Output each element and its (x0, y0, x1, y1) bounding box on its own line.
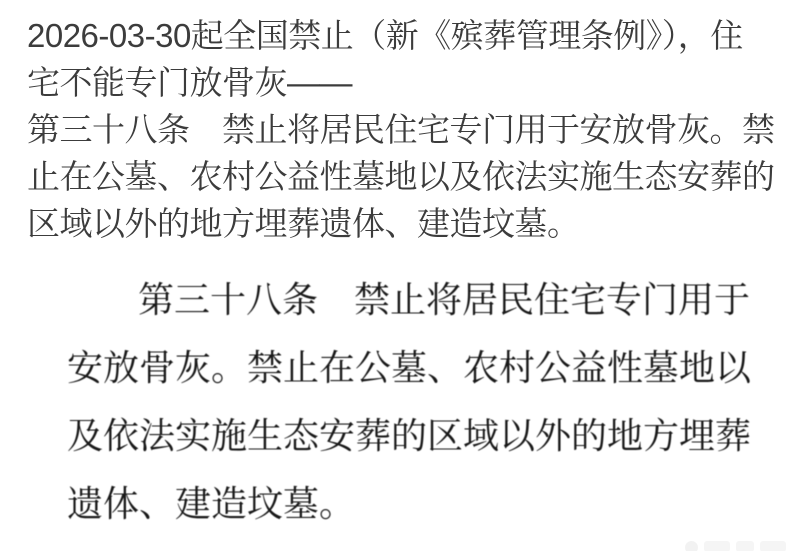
quote-text-line: 遗体、建造坟墓。 (67, 470, 777, 538)
law-excerpt-image: 第三十八条 禁止将居民住宅专门用于 安放骨灰。禁止在公墓、农村公益性墓地以 及依… (67, 266, 777, 538)
post-text-line: 区域以外的地方埋葬遗体、建造坟墓。 (27, 200, 793, 247)
post-text: 2026-03-30起全国禁止（新《殡葬管理条例》），住 宅不能专门放骨灰—— … (27, 12, 793, 247)
post-text-line: 第三十八条 禁止将居民住宅专门用于安放骨灰。禁 (27, 106, 793, 153)
watermark-glyph (736, 541, 754, 551)
quote-text-line: 第三十八条 禁止将居民住宅专门用于 (67, 266, 777, 334)
watermark-glyph (704, 541, 730, 551)
quote-text-line: 及依法实施生态安葬的区域以外的地方埋葬 (67, 402, 777, 470)
post-text-line: 止在公墓、农村公益性墓地以及依法实施生态安葬的 (27, 153, 793, 200)
watermark-glyph (685, 541, 698, 551)
post-text-line: 2026-03-30起全国禁止（新《殡葬管理条例》），住 (27, 12, 793, 59)
watermark (685, 541, 786, 551)
quote-text-line: 安放骨灰。禁止在公墓、农村公益性墓地以 (67, 334, 777, 402)
post-text-line: 宅不能专门放骨灰—— (27, 59, 793, 106)
watermark-glyph (760, 541, 786, 551)
